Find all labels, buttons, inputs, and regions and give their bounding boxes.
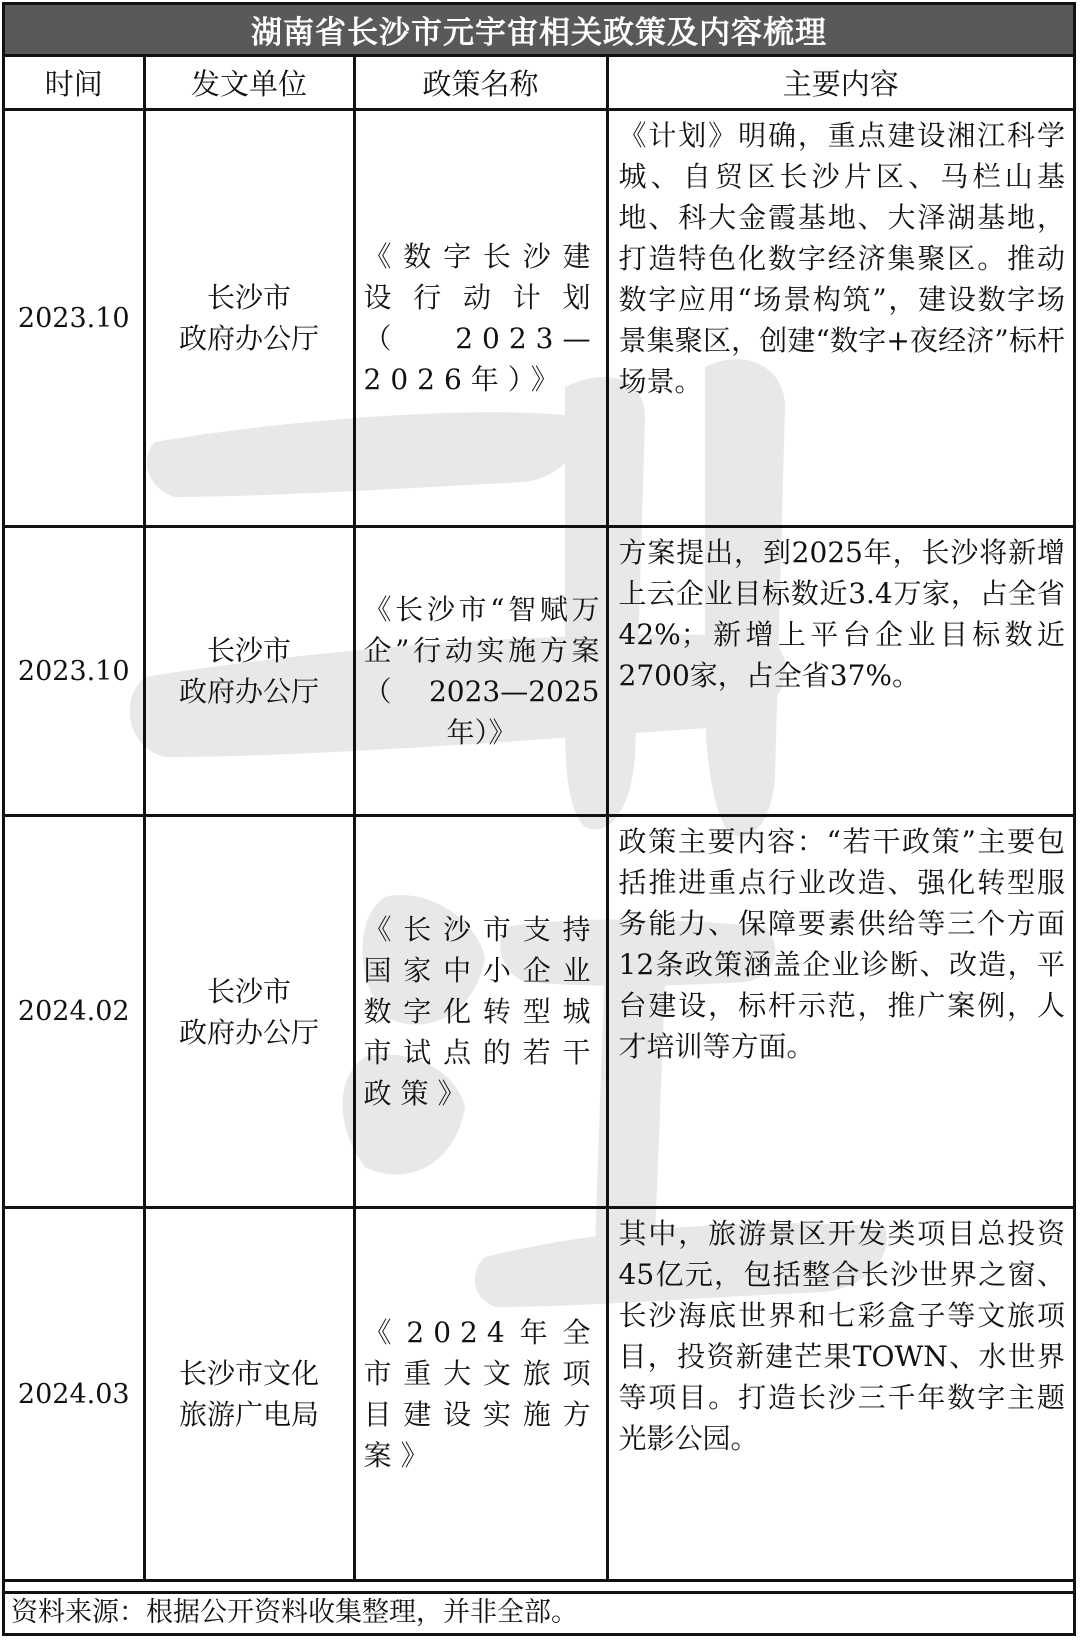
content-text: 其中，旅游景区开发类项目总投资45亿元，包括整合长沙世界之窗、长沙海底世界和七彩…: [619, 1209, 1066, 1459]
cell-issuer: 长沙市 政府办公厅: [144, 816, 354, 1208]
cell-policy-name: 《数字长沙建设行动计划（2023—2026年）》: [354, 110, 607, 527]
issuer-line-1: 长沙市: [146, 971, 353, 1012]
issuer-line-1: 长沙市: [146, 277, 353, 318]
issuer-line-1: 长沙市文化: [146, 1353, 353, 1394]
content-text: 政策主要内容：“若干政策”主要包括推进重点行业改造、强化转型服务能力、保障要素供…: [619, 817, 1066, 1067]
header-policy-name: 政策名称: [354, 57, 607, 110]
table-row: 2023.10 长沙市 政府办公厅 《长沙市“智赋万企”行动实施方案（2023—…: [5, 527, 1073, 816]
header-content: 主要内容: [607, 57, 1073, 110]
cell-issuer: 长沙市 政府办公厅: [144, 527, 354, 816]
table-row: 2024.03 长沙市文化 旅游广电局 《2024年全市重大文旅项目建设实施方案…: [5, 1208, 1073, 1581]
cell-issuer: 长沙市 政府办公厅: [144, 110, 354, 527]
issuer-line-1: 长沙市: [146, 630, 353, 671]
cell-time: 2023.10: [5, 527, 144, 816]
cell-time: 2023.10: [5, 110, 144, 527]
cell-policy-name: 《长沙市“智赋万企”行动实施方案（2023—2025年）》: [354, 527, 607, 816]
header-time: 时间: [5, 57, 144, 110]
content-text: 方案提出，到2025年，长沙将新增上云企业目标数近3.4万家，占全省42%；新增…: [619, 528, 1066, 696]
issuer-line-2: 政府办公厅: [146, 318, 353, 359]
cell-content: 《计划》明确，重点建设湘江科学城、自贸区长沙片区、马栏山基地、科大金霞基地、大泽…: [607, 110, 1073, 527]
table-row: 2023.10 长沙市 政府办公厅 《数字长沙建设行动计划（2023—2026年…: [5, 110, 1073, 527]
table-frame: 湖南省长沙市元宇宙相关政策及内容梳理 时间 发文单位 政策名称 主要: [2, 2, 1076, 1636]
table-row: 2024.02 长沙市 政府办公厅 《长沙市支持国家中小企业数字化转型城市试点的…: [5, 816, 1073, 1208]
cell-time: 2024.02: [5, 816, 144, 1208]
cell-policy-name: 《长沙市支持国家中小企业数字化转型城市试点的若干政策》: [354, 816, 607, 1208]
cell-issuer: 长沙市文化 旅游广电局: [144, 1208, 354, 1581]
policy-table: 时间 发文单位 政策名称 主要内容 2023.10 长沙市 政府办公厅 《数字长…: [5, 57, 1073, 1582]
header-issuer: 发文单位: [144, 57, 354, 110]
cell-time: 2024.03: [5, 1208, 144, 1581]
issuer-line-2: 政府办公厅: [146, 671, 353, 712]
issuer-line-2: 政府办公厅: [146, 1012, 353, 1053]
content-text: 《计划》明确，重点建设湘江科学城、自贸区长沙片区、马栏山基地、科大金霞基地、大泽…: [619, 111, 1066, 402]
cell-policy-name: 《2024年全市重大文旅项目建设实施方案》: [354, 1208, 607, 1581]
source-note: 资料来源：根据公开资料收集整理，并非全部。: [5, 1591, 1073, 1633]
cell-content: 政策主要内容：“若干政策”主要包括推进重点行业改造、强化转型服务能力、保障要素供…: [607, 816, 1073, 1208]
issuer-line-2: 旅游广电局: [146, 1394, 353, 1435]
table-header-row: 时间 发文单位 政策名称 主要内容: [5, 57, 1073, 110]
cell-content: 其中，旅游景区开发类项目总投资45亿元，包括整合长沙世界之窗、长沙海底世界和七彩…: [607, 1208, 1073, 1581]
table-title: 湖南省长沙市元宇宙相关政策及内容梳理: [5, 5, 1073, 57]
cell-content: 方案提出，到2025年，长沙将新增上云企业目标数近3.4万家，占全省42%；新增…: [607, 527, 1073, 816]
